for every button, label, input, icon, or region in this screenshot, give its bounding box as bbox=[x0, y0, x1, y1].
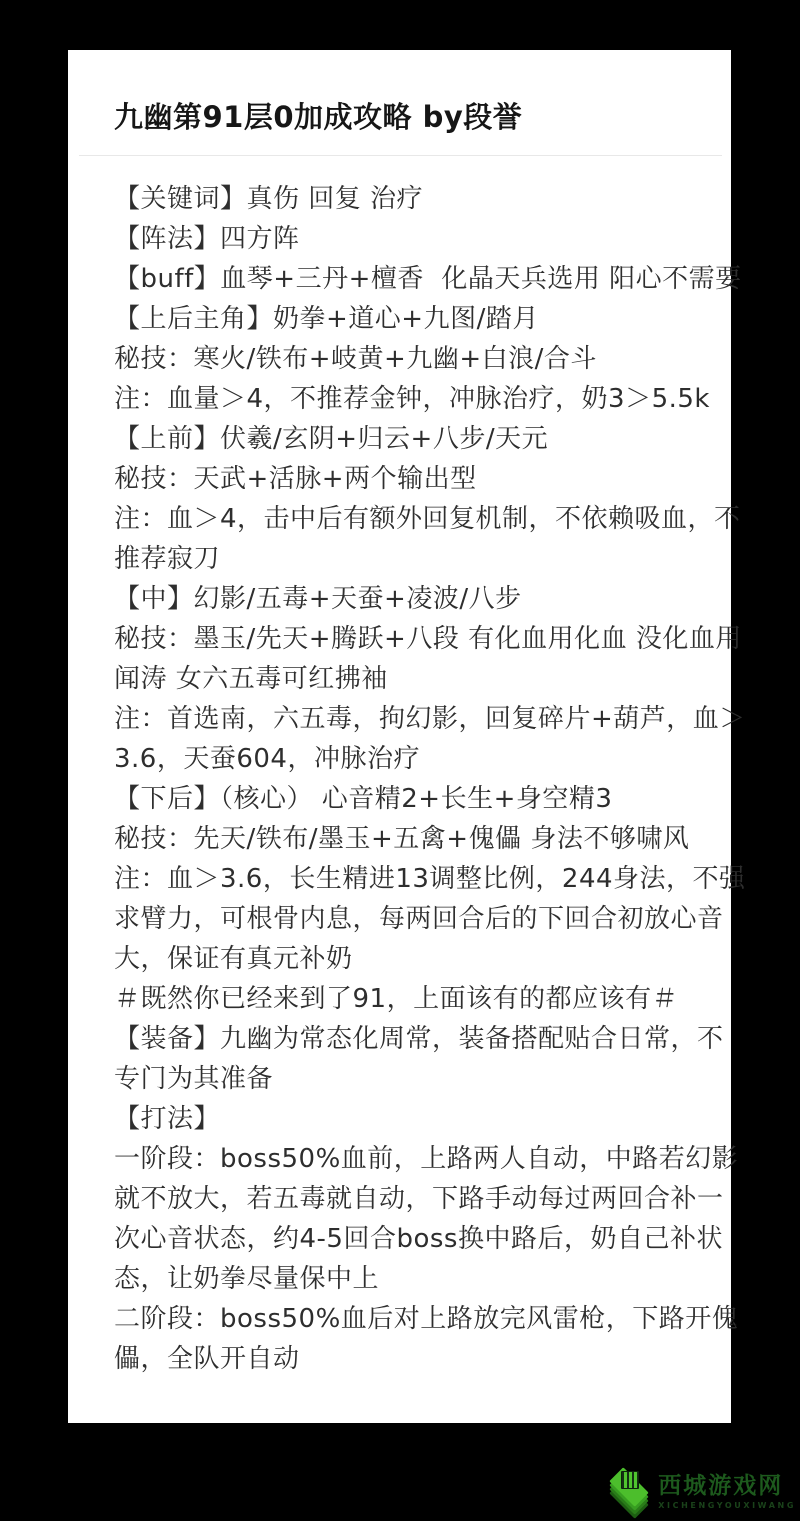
body-line: 二阶段：boss50%血后对上路放完风雷枪，下路开傀 bbox=[114, 1299, 687, 1339]
site-logo-icon bbox=[605, 1469, 653, 1515]
body-line: 闻涛 女六五毒可红拂袖 bbox=[114, 659, 687, 699]
body-line: 注：血＞4，击中后有额外回复机制，不依赖吸血，不 bbox=[114, 499, 687, 539]
body-line: 秘技：墨玉/先天+腾跃+八段 有化血用化血 没化血用 bbox=[114, 619, 687, 659]
body-line: 专门为其准备 bbox=[114, 1059, 687, 1099]
site-watermark: 西城游戏网 XICHENGYOUXIWANG bbox=[605, 1469, 796, 1515]
body-line: 儡，全队开自动 bbox=[114, 1339, 687, 1379]
body-line: 注：首选南，六五毒，拘幻影，回复碎片+葫芦，血＞ bbox=[114, 699, 687, 739]
body-line: 秘技：寒火/铁布+岐黄+九幽+白浪/合斗 bbox=[114, 339, 687, 379]
body-line: 注：血量＞4，不推荐金钟，冲脉治疗，奶3＞5.5k bbox=[114, 379, 687, 419]
body-line: 3.6，天蚕604，冲脉治疗 bbox=[114, 739, 687, 779]
body-line: 【buff】血琴+三丹+檀香 化晶天兵选用 阳心不需要 bbox=[114, 259, 687, 299]
body-line: 【打法】 bbox=[114, 1099, 687, 1139]
body-line: 次心音状态，约4-5回合boss换中路后，奶自己补状 bbox=[114, 1219, 687, 1259]
body-line: 注：血＞3.6，长生精进13调整比例，244身法，不强 bbox=[114, 859, 687, 899]
article-card: 九幽第91层0加成攻略 by段誉 【关键词】真伤 回复 治疗【阵法】四方阵【bu… bbox=[68, 50, 731, 1423]
body-line: 秘技：天武+活脉+两个输出型 bbox=[114, 459, 687, 499]
body-line: 【中】幻影/五毒+天蚕+凌波/八步 bbox=[114, 579, 687, 619]
site-name: 西城游戏网 bbox=[658, 1475, 796, 1498]
body-line: 推荐寂刀 bbox=[114, 539, 687, 579]
body-line: 【上前】伏羲/玄阴+归云+八步/天元 bbox=[114, 419, 687, 459]
body-line: 态，让奶拳尽量保中上 bbox=[114, 1259, 687, 1299]
body-line: ＃既然你已经来到了91，上面该有的都应该有＃ bbox=[114, 979, 687, 1019]
body-line: 一阶段：boss50%血前，上路两人自动，中路若幻影 bbox=[114, 1139, 687, 1179]
body-line: 【关键词】真伤 回复 治疗 bbox=[114, 179, 687, 219]
body-line: 大，保证有真元补奶 bbox=[114, 939, 687, 979]
page-background: 九幽第91层0加成攻略 by段誉 【关键词】真伤 回复 治疗【阵法】四方阵【bu… bbox=[0, 0, 800, 1521]
article-body: 【关键词】真伤 回复 治疗【阵法】四方阵【buff】血琴+三丹+檀香 化晶天兵选… bbox=[114, 179, 687, 1379]
body-line: 就不放大，若五毒就自动，下路手动每过两回合补一 bbox=[114, 1179, 687, 1219]
body-line: 秘技：先天/铁布/墨玉+五禽+傀儡 身法不够啸风 bbox=[114, 819, 687, 859]
site-tagline: XICHENGYOUXIWANG bbox=[658, 1502, 796, 1510]
title-divider bbox=[79, 155, 722, 156]
body-line: 【阵法】四方阵 bbox=[114, 219, 687, 259]
body-line: 求臂力，可根骨内息，每两回合后的下回合初放心音 bbox=[114, 899, 687, 939]
body-line: 【装备】九幽为常态化周常，装备搭配贴合日常，不 bbox=[114, 1019, 687, 1059]
article-title: 九幽第91层0加成攻略 by段誉 bbox=[114, 100, 687, 134]
body-line: 【下后】（核心） 心音精2+长生+身空精3 bbox=[114, 779, 687, 819]
body-line: 【上后主角】奶拳+道心+九图/踏月 bbox=[114, 299, 687, 339]
